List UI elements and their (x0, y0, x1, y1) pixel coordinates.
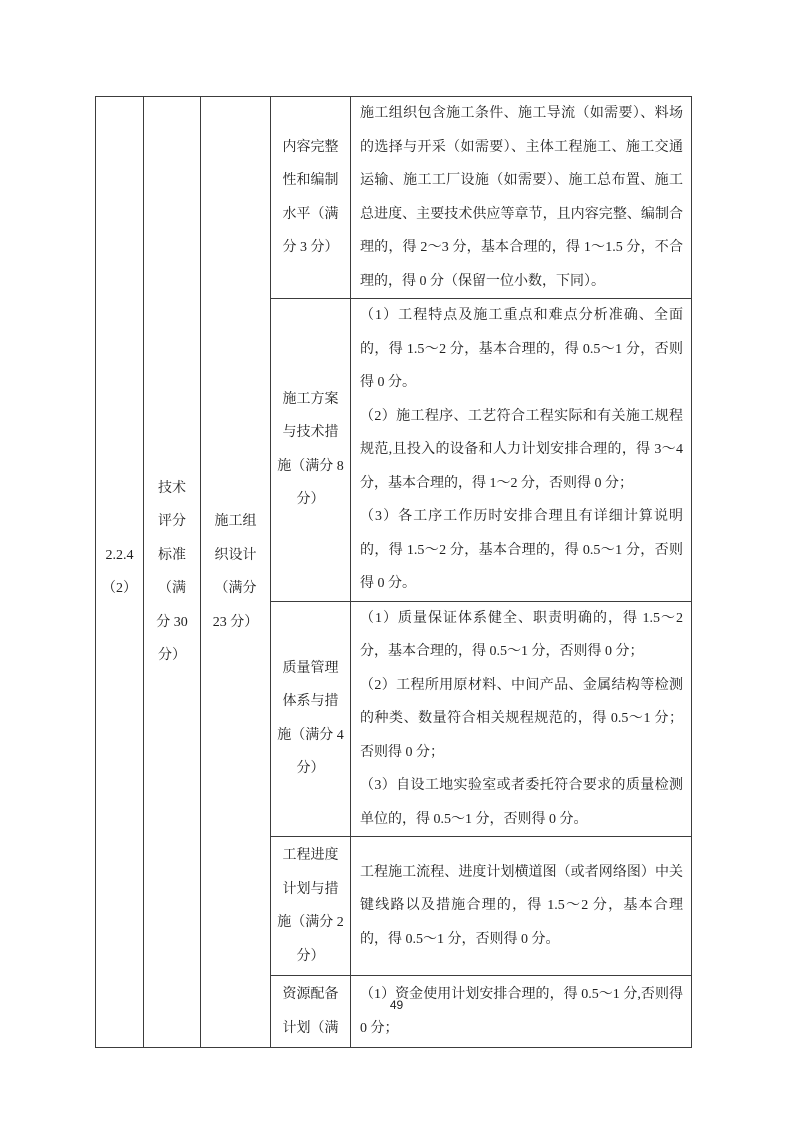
description-cell: 施工组织包含施工条件、施工导流（如需要）、料场的选择与开采（如需要）、主体工程施… (351, 97, 692, 299)
description-cell: （1）工程特点及施工重点和难点分析准确、全面的，得 1.5～2 分，基本合理的，… (351, 299, 692, 602)
description-paragraph: 工程施工流程、进度计划横道图（或者网络图）中关键线路以及措施合理的，得 1.5～… (360, 856, 683, 957)
description-paragraph: （1）质量保证体系健全、职责明确的，得 1.5～2 分，基本合理的，得 0.5～… (360, 602, 683, 669)
section-number-cell: 2.2.4（2） (96, 97, 144, 1048)
criterion-cell-schedule-plan: 工程进度计划与措施（满分 2 分） (271, 837, 351, 976)
description-paragraph: （1）工程特点及施工重点和难点分析准确、全面的，得 1.5～2 分，基本合理的，… (360, 299, 683, 400)
subcategory-cell: 施工组织设计（满分 23 分） (201, 97, 271, 1048)
description-cell: （1）质量保证体系健全、职责明确的，得 1.5～2 分，基本合理的，得 0.5～… (351, 601, 692, 837)
page-number: 49 (0, 998, 793, 1012)
description-paragraph: 施工组织包含施工条件、施工导流（如需要）、料场的选择与开采（如需要）、主体工程施… (360, 97, 683, 298)
criterion-cell-quality-management: 质量管理体系与措施（满分 4 分） (271, 601, 351, 837)
table-row: 2.2.4（2） 技术评分标准（满分 30 分） 施工组织设计（满分 23 分）… (96, 97, 692, 299)
document-page: 2.2.4（2） 技术评分标准（满分 30 分） 施工组织设计（满分 23 分）… (0, 0, 793, 1122)
scoring-criteria-table: 2.2.4（2） 技术评分标准（满分 30 分） 施工组织设计（满分 23 分）… (95, 96, 692, 1048)
criterion-cell-content-completeness: 内容完整性和编制水平（满分 3 分） (271, 97, 351, 299)
description-paragraph: （3）各工序工作历时安排合理且有详细计算说明的，得 1.5～2 分，基本合理的，… (360, 500, 683, 601)
description-paragraph: （2）工程所用原材料、中间产品、金属结构等检测的种类、数量符合相关规程规范的，得… (360, 669, 683, 770)
description-paragraph: （3）自设工地实验室或者委托符合要求的质量检测单位的，得 0.5～1 分，否则得… (360, 769, 683, 836)
category-cell: 技术评分标准（满分 30 分） (144, 97, 201, 1048)
description-cell: 工程施工流程、进度计划横道图（或者网络图）中关键线路以及措施合理的，得 1.5～… (351, 837, 692, 976)
description-paragraph: （2）施工程序、工艺符合工程实际和有关施工规程规范,且投入的设备和人力计划安排合… (360, 400, 683, 501)
criterion-cell-construction-scheme: 施工方案与技术措施（满分 8 分） (271, 299, 351, 602)
